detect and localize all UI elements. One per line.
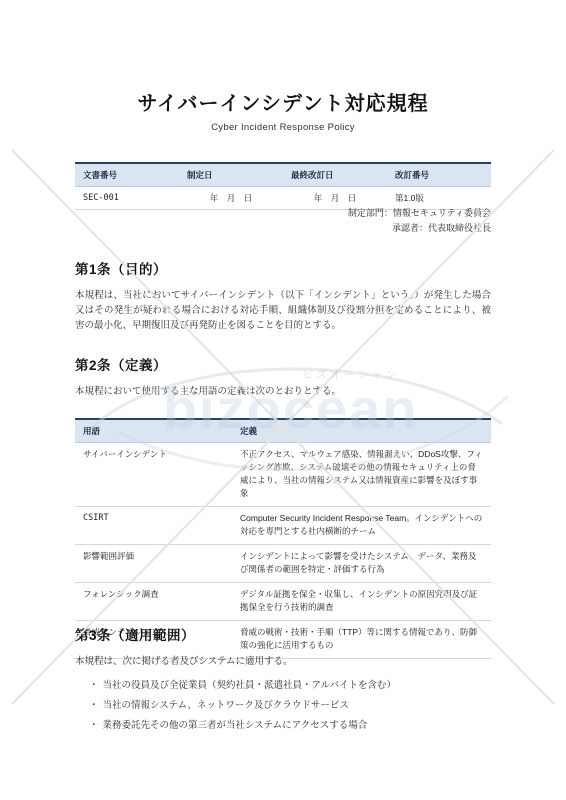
- table-row: CSIRT Computer Security Incident Respons…: [75, 507, 491, 545]
- scope-item-text: 当社の情報システム、ネットワーク及びクラウドサービス: [103, 700, 349, 711]
- page-title: サイバーインシデント対応規程: [0, 87, 566, 116]
- definition-cell: 不正アクセス、マルウェア感染、情報漏えい、DDoS攻撃、フィッシング詐欺、システ…: [232, 443, 491, 507]
- terms-header-definition: 定義: [232, 419, 491, 443]
- doc-info-header-row: 文書番号 制定日 最終改訂日 改訂番号: [75, 163, 491, 187]
- doc-info-header-revision: 改訂番号: [387, 163, 491, 187]
- bullet-icon: ・: [89, 700, 99, 711]
- article-3-heading: 第3条（適用範囲）: [75, 624, 491, 644]
- term-cell: 影響範囲評価: [75, 545, 232, 583]
- page-subtitle: Cyber Incident Response Policy: [0, 122, 566, 133]
- definition-cell: デジタル証拠を保全・収集し、インシデントの原因究明及び証拠保全を行う技術的調査: [232, 583, 491, 621]
- terms-header-row: 用語 定義: [75, 419, 491, 443]
- scope-list: ・当社の役員及び全従業員（契約社員・派遣社員・アルバイトを含む） ・当社の情報シ…: [89, 676, 491, 736]
- bullet-icon: ・: [89, 720, 99, 731]
- doc-info-header-number: 文書番号: [75, 163, 179, 187]
- doc-info-table: 文書番号 制定日 最終改訂日 改訂番号 SEC-001 年 月 日 年 月 日 …: [75, 162, 491, 210]
- terms-header-term: 用語: [75, 419, 232, 443]
- definition-cell: インシデントによって影響を受けたシステム、データ、業務及び関係者の範囲を特定・評…: [232, 545, 491, 583]
- term-cell: CSIRT: [75, 507, 232, 545]
- department-line: 制定部門：情報セキュリティ委員会: [75, 206, 491, 221]
- list-item: ・業務委託先その他の第三者が当社システムにアクセスする場合: [89, 716, 491, 736]
- table-row: サイバーインシデント 不正アクセス、マルウェア感染、情報漏えい、DDoS攻撃、フ…: [75, 443, 491, 507]
- definition-cell: Computer Security Incident Response Team…: [232, 507, 491, 545]
- term-cell: サイバーインシデント: [75, 443, 232, 507]
- doc-info-header-enacted: 制定日: [179, 163, 283, 187]
- document-page: サイバーインシデント対応規程 Cyber Incident Response P…: [0, 0, 566, 800]
- article-2-heading: 第2条（定義）: [75, 354, 491, 374]
- article-2-definitions: 第2条（定義） 本規程において使用する主な用語の定義は次のとおりとする。: [75, 354, 491, 399]
- article-3-lead: 本規程は、次に掲げる者及びシステムに適用する。: [75, 654, 491, 669]
- article-1-heading: 第1条（目的）: [75, 258, 491, 278]
- list-item: ・当社の役員及び全従業員（契約社員・派遣社員・アルバイトを含む）: [89, 676, 491, 696]
- list-item: ・当社の情報システム、ネットワーク及びクラウドサービス: [89, 696, 491, 716]
- term-cell: フォレンジック調査: [75, 583, 232, 621]
- article-2-lead: 本規程において使用する主な用語の定義は次のとおりとする。: [75, 384, 491, 399]
- doc-info-header-revised: 最終改訂日: [283, 163, 387, 187]
- article-1-body: 本規程は、当社においてサイバーインシデント（以下「インシデント」という。）が発生…: [75, 288, 491, 333]
- scope-item-text: 当社の役員及び全従業員（契約社員・派遣社員・アルバイトを含む）: [103, 680, 396, 691]
- article-1-purpose: 第1条（目的） 本規程は、当社においてサイバーインシデント（以下「インシデント」…: [75, 258, 491, 333]
- article-3-scope: 第3条（適用範囲） 本規程は、次に掲げる者及びシステムに適用する。 ・当社の役員…: [75, 624, 491, 736]
- bullet-icon: ・: [89, 680, 99, 691]
- table-row: フォレンジック調査 デジタル証拠を保全・収集し、インシデントの原因究明及び証拠保…: [75, 583, 491, 621]
- approval-block: 制定部門：情報セキュリティ委員会 承認者：代表取締役社長: [75, 206, 491, 236]
- terms-table: 用語 定義 サイバーインシデント 不正アクセス、マルウェア感染、情報漏えい、DD…: [75, 418, 491, 659]
- scope-item-text: 業務委託先その他の第三者が当社システムにアクセスする場合: [103, 720, 368, 731]
- table-row: 影響範囲評価 インシデントによって影響を受けたシステム、データ、業務及び関係者の…: [75, 545, 491, 583]
- approver-line: 承認者：代表取締役社長: [75, 221, 491, 236]
